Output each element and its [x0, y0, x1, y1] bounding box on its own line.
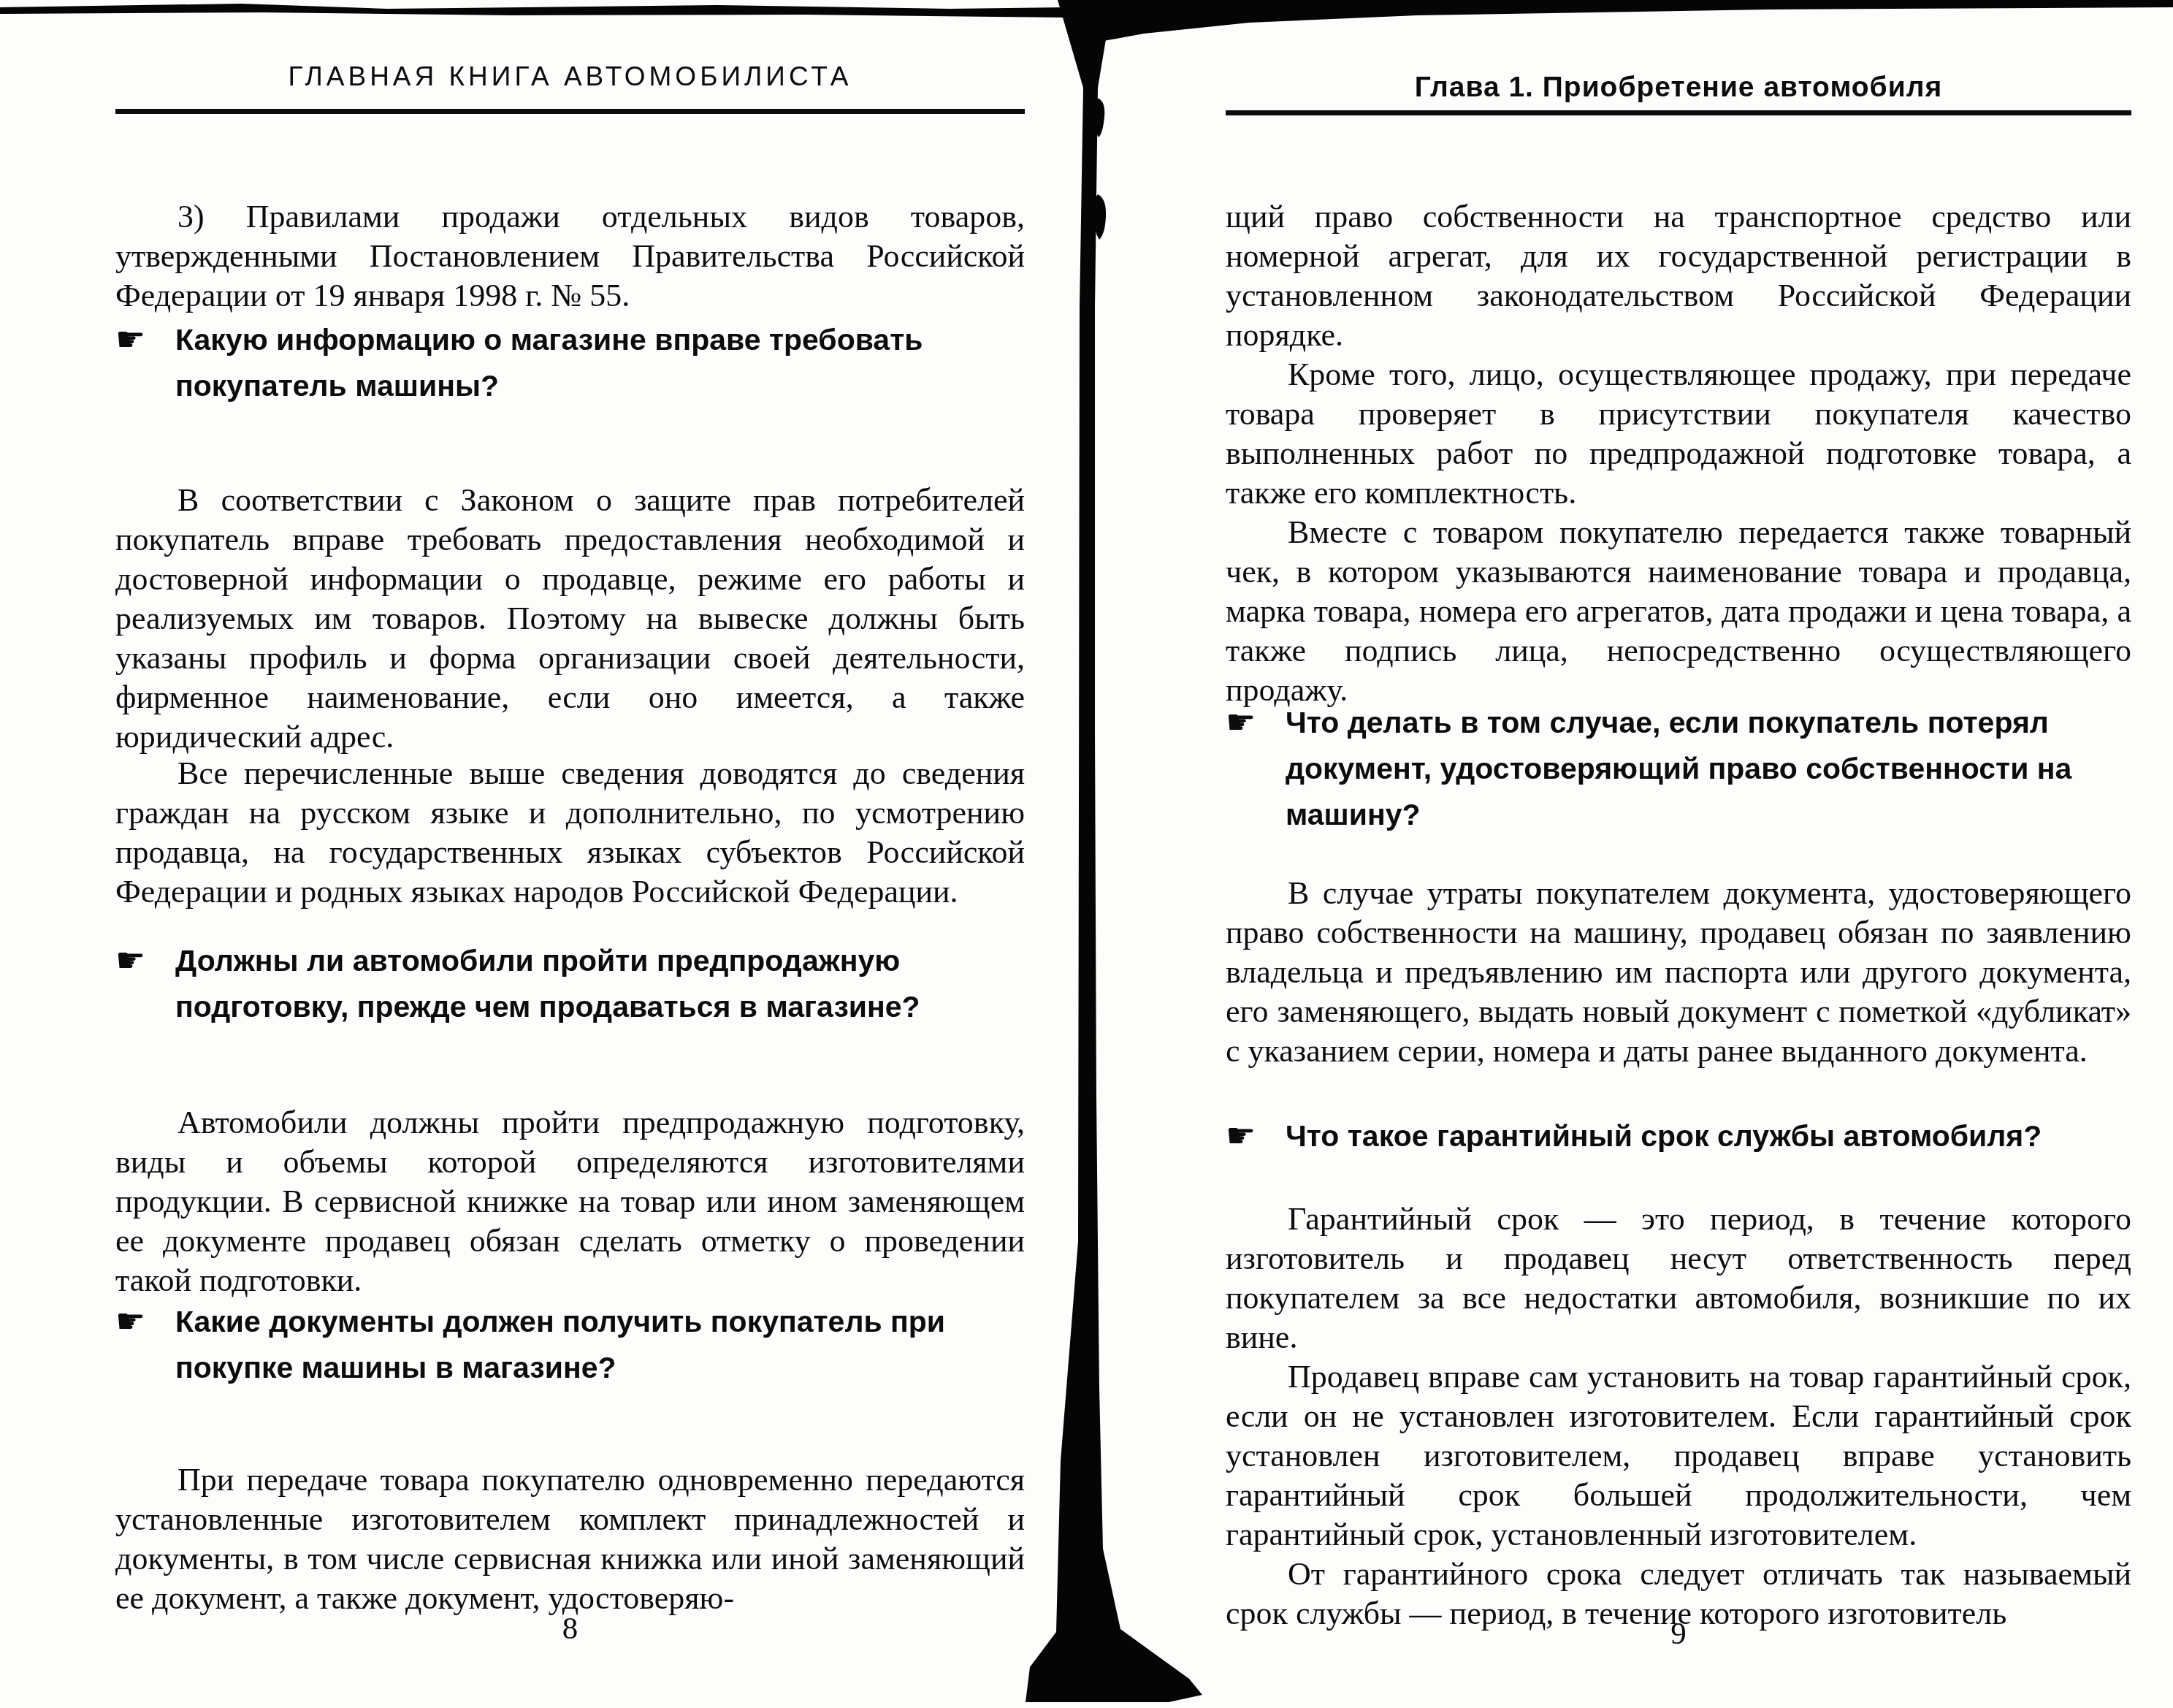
question-heading: ☛ Должны ли автомобили пройти предпродаж…: [115, 938, 1025, 1030]
pointing-hand-icon: ☛: [1226, 700, 1268, 744]
running-head-right: Глава 1. Приобретение автомобиля: [1226, 72, 2131, 104]
paragraph: 3) Правилами продажи отдельных видов тов…: [115, 197, 1025, 316]
question-heading: ☛ Какую информацию о магазине вправе тре…: [115, 317, 1025, 409]
pointing-hand-icon: ☛: [115, 317, 158, 361]
paragraph: Продавец вправе сам установить на товар …: [1226, 1357, 2131, 1555]
book-spread-scan: ГЛАВНАЯ КНИГА АВТОМОБИЛИСТА 3) Правилами…: [0, 0, 2173, 1708]
pointing-hand-icon: ☛: [1226, 1113, 1268, 1157]
question-heading: ☛ Какие документы должен получить покупа…: [115, 1299, 1025, 1391]
question-heading: ☛ Что такое гарантийный срок службы авто…: [1226, 1113, 2131, 1159]
question-heading: ☛ Что делать в том случае, если покупате…: [1226, 700, 2131, 838]
header-rule-right: [1226, 110, 2131, 115]
page-number-left: 8: [115, 1611, 1025, 1647]
paragraph: Гарантийный срок — это период, в течение…: [1226, 1200, 2131, 1357]
paragraph: Кроме того, лицо, осуществляющее продажу…: [1226, 355, 2131, 513]
paragraph: Все перечисленные выше сведения доводятс…: [115, 754, 1025, 912]
running-head-left: ГЛАВНАЯ КНИГА АВТОМОБИЛИСТА: [115, 61, 1025, 92]
question-text: Должны ли автомобили пройти предпродажну…: [175, 938, 1025, 1030]
paragraph: Вместе с товаром покупателю передается т…: [1226, 513, 2131, 710]
paragraph: При передаче товара покупателю одновреме…: [115, 1460, 1025, 1618]
paragraph: В соответствии с Законом о защите прав п…: [115, 481, 1025, 757]
page-right: Глава 1. Приобретение автомобиля щий пра…: [1226, 0, 2131, 1708]
pointing-hand-icon: ☛: [115, 938, 158, 982]
question-text: Что делать в том случае, если покупатель…: [1286, 700, 2131, 838]
scan-noise-mark: [1093, 194, 1106, 240]
paragraph: щий право собственности на транспортное …: [1226, 197, 2131, 355]
paragraph: Автомобили должны пройти предпродажную п…: [115, 1103, 1025, 1300]
question-text: Какую информацию о магазине вправе требо…: [175, 317, 1025, 409]
header-rule-left: [115, 109, 1025, 114]
pointing-hand-icon: ☛: [115, 1299, 158, 1343]
page-number-right: 9: [1226, 1616, 2131, 1652]
paragraph: В случае утраты покупателем документа, у…: [1226, 874, 2131, 1071]
question-text: Какие документы должен получить покупате…: [175, 1299, 1025, 1391]
page-left: ГЛАВНАЯ КНИГА АВТОМОБИЛИСТА 3) Правилами…: [115, 0, 1025, 1708]
scan-gutter-shadow: [1026, 0, 1202, 1702]
scan-noise-mark: [1093, 98, 1104, 137]
question-text: Что такое гарантийный срок службы автомо…: [1286, 1113, 2131, 1159]
